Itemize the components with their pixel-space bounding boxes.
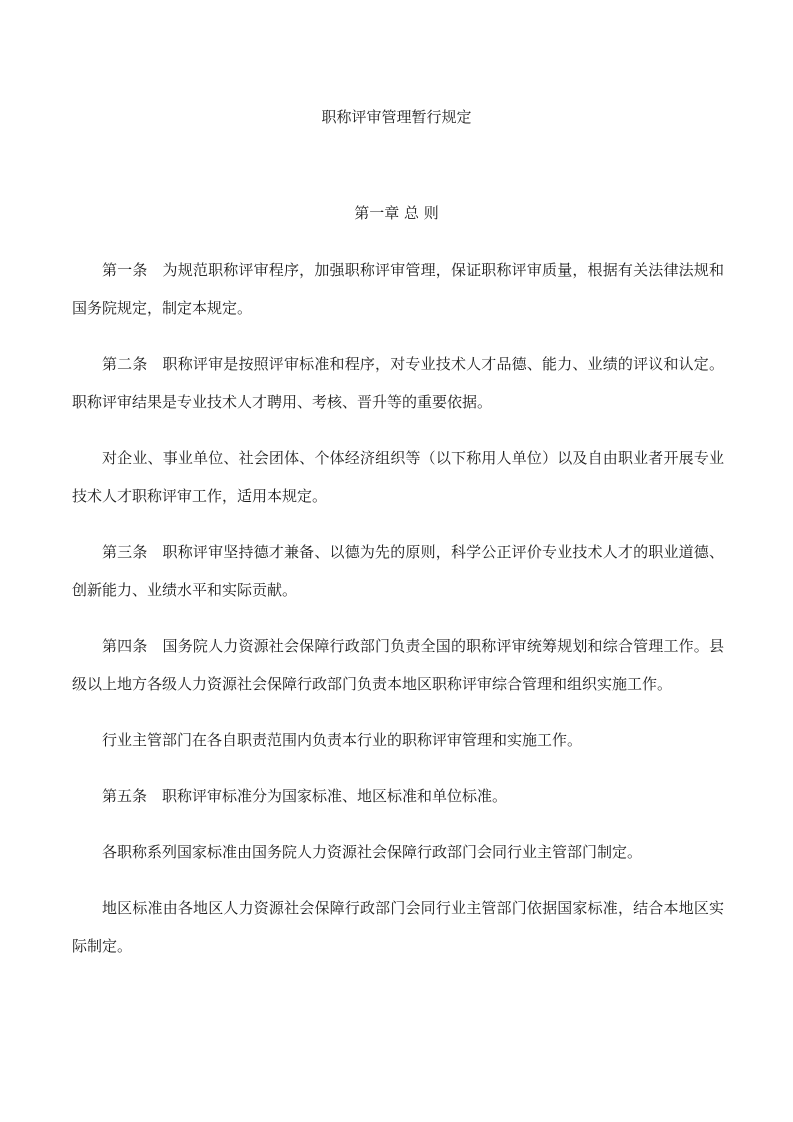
paragraph-text: 对企业、事业单位、社会团体、个体经济组织等（以下称用人单位）以及自由职业者开展专… (72, 449, 724, 505)
paragraph-text: 各职称系列国家标准由国务院人力资源社会保障行政部门会同行业主管部门制定。 (102, 843, 642, 861)
document-body: 第一条为规范职称评审程序，加强职称评审管理，保证职称评审质量，根据有关法律法规和… (72, 251, 724, 983)
paragraph-article-2: 第二条职称评审是按照评审标准和程序，对专业技术人才品德、能力、业绩的评议和认定。… (72, 345, 724, 421)
paragraph-article-5-national: 各职称系列国家标准由国务院人力资源社会保障行政部门会同行业主管部门制定。 (72, 833, 724, 871)
paragraph-article-4: 第四条国务院人力资源社会保障行政部门负责全国的职称评审统筹规划和综合管理工作。县… (72, 627, 724, 703)
paragraph-article-5-regional: 地区标准由各地区人力资源社会保障行政部门会同行业主管部门依据国家标准，结合本地区… (72, 889, 724, 965)
paragraph-text: 地区标准由各地区人力资源社会保障行政部门会同行业主管部门依据国家标准，结合本地区… (72, 899, 724, 955)
paragraph-article-1: 第一条为规范职称评审程序，加强职称评审管理，保证职称评审质量，根据有关法律法规和… (72, 251, 724, 327)
document-page: 职称评审管理暂行规定 第一章 总 则 第一条为规范职称评审程序，加强职称评审管理… (0, 0, 793, 1122)
paragraph-text: 职称评审是按照评审标准和程序，对专业技术人才品德、能力、业绩的评议和认定。职称评… (72, 355, 724, 411)
paragraph-article-2-scope: 对企业、事业单位、社会团体、个体经济组织等（以下称用人单位）以及自由职业者开展专… (72, 439, 724, 515)
article-number: 第三条 (102, 543, 148, 561)
paragraph-article-5: 第五条职称评审标准分为国家标准、地区标准和单位标准。 (72, 777, 724, 815)
paragraph-text: 职称评审标准分为国家标准、地区标准和单位标准。 (162, 787, 507, 805)
paragraph-article-4-industry: 行业主管部门在各自职责范围内负责本行业的职称评审管理和实施工作。 (72, 721, 724, 759)
article-number: 第二条 (102, 355, 148, 373)
article-number: 第四条 (102, 637, 148, 655)
chapter-heading: 第一章 总 则 (0, 202, 793, 224)
article-number: 第五条 (102, 787, 147, 805)
paragraph-text: 为规范职称评审程序，加强职称评审管理，保证职称评审质量，根据有关法律法规和国务院… (72, 261, 724, 317)
document-title: 职称评审管理暂行规定 (0, 106, 793, 128)
paragraph-text: 国务院人力资源社会保障行政部门负责全国的职称评审统筹规划和综合管理工作。县级以上… (72, 637, 724, 693)
paragraph-text: 职称评审坚持德才兼备、以德为先的原则，科学公正评价专业技术人才的职业道德、创新能… (72, 543, 724, 599)
paragraph-article-3: 第三条职称评审坚持德才兼备、以德为先的原则，科学公正评价专业技术人才的职业道德、… (72, 533, 724, 609)
paragraph-text: 行业主管部门在各自职责范围内负责本行业的职称评审管理和实施工作。 (102, 731, 582, 749)
article-number: 第一条 (102, 261, 148, 279)
